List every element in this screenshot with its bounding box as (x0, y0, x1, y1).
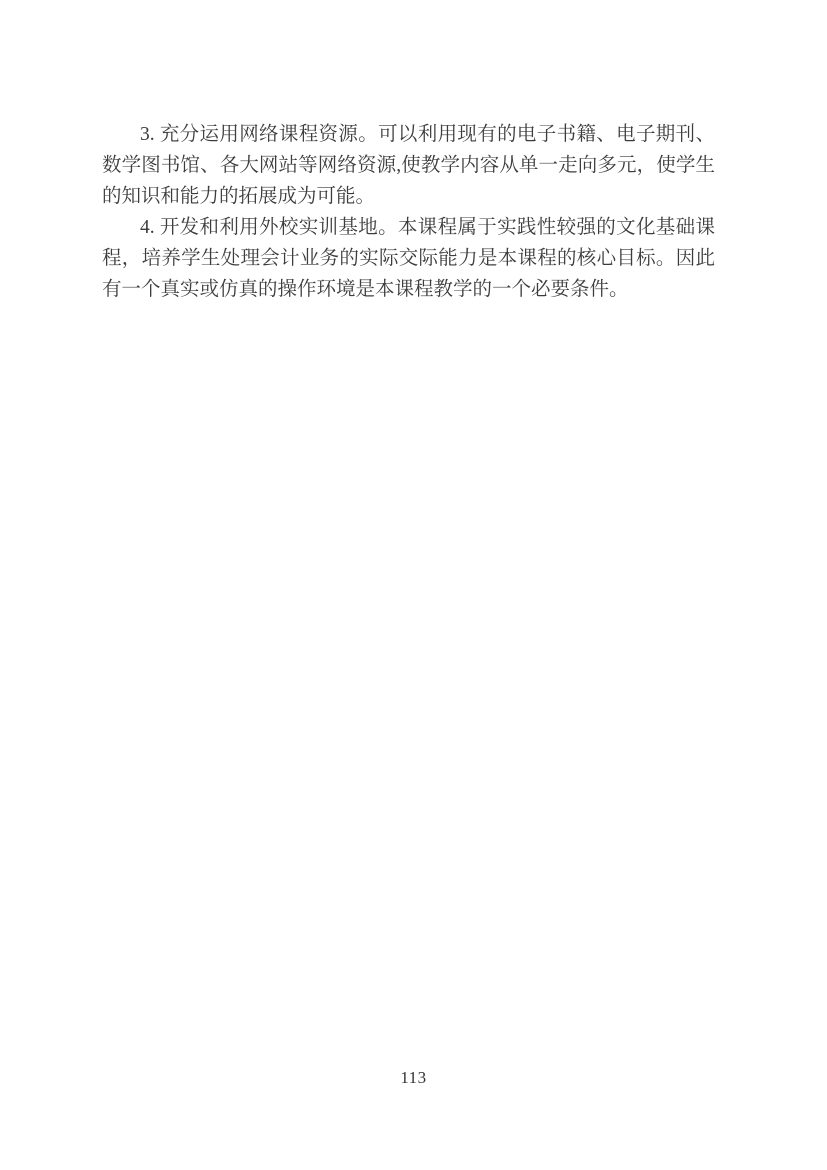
paragraph-3-line-3: 的知识和能力的拓展成为可能。 (102, 181, 715, 212)
body-text: 3. 充分运用网络课程资源。可以利用现有的电子书籍、电子期刊、 数学图书馆、各大… (102, 119, 715, 305)
paragraph-3-line-2: 数学图书馆、各大网站等网络资源,使教学内容从单一走向多元，使学生 (102, 150, 715, 181)
page-number: 113 (0, 1068, 827, 1088)
paragraph-3-line-1: 3. 充分运用网络课程资源。可以利用现有的电子书籍、电子期刊、 (102, 119, 715, 150)
paragraph-4-line-1: 4. 开发和利用外校实训基地。本课程属于实践性较强的文化基础课 (102, 212, 715, 243)
paragraph-4-line-2: 程，培养学生处理会计业务的实际交际能力是本课程的核心目标。因此 (102, 243, 715, 274)
paragraph-4-line-3: 有一个真实或仿真的操作环境是本课程教学的一个必要条件。 (102, 274, 715, 305)
document-page: 3. 充分运用网络课程资源。可以利用现有的电子书籍、电子期刊、 数学图书馆、各大… (0, 0, 827, 1170)
